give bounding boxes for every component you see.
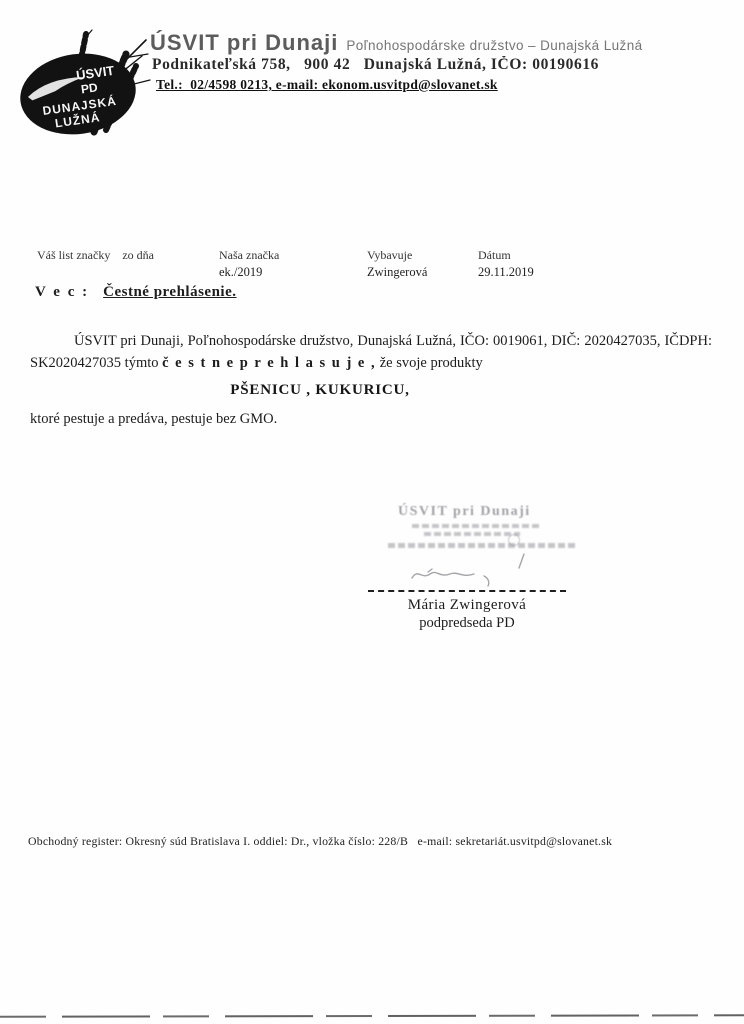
- letterhead: ÚSVIT pri DunajiPoľnohospodárske družstv…: [150, 30, 643, 56]
- ref-date-value: 29.11.2019: [478, 265, 534, 280]
- subject-line: V e c :Čestné prehlásenie.: [35, 284, 237, 301]
- scanned-letter-page: ÚSVIT PD DUNAJSKÁ LUŽNÁ ÚSVIT pri Dunaji…: [0, 0, 744, 1024]
- signature-block: Mária Zwingerová podpredseda PD: [368, 597, 566, 632]
- signatory-role: podpredseda PD: [368, 615, 566, 632]
- closing-line: ktoré pestuje a predáva, pestuje bez GMO…: [30, 411, 277, 428]
- declaration-emphasis: č e s t n e p r e h l a s u j e ,: [162, 355, 376, 371]
- stamp-text: ÚSVIT pri Dunaji: [398, 504, 531, 520]
- subject-title: Čestné prehlásenie.: [103, 284, 236, 300]
- ref-our-mark-value: ek./2019: [219, 265, 279, 280]
- stamp-smudge-line: [412, 524, 540, 528]
- ref-handled-by-label: Vybavuje: [367, 248, 427, 263]
- handwritten-signature: [398, 548, 558, 590]
- org-contact: Tel.: 02/4598 0213, e-mail: ekonom.usvit…: [156, 77, 498, 93]
- org-type: Poľnohospodárske družstvo – Dunajská Luž…: [346, 38, 642, 53]
- declaration-paragraph: ÚSVIT pri Dunaji, Poľnohospodárske družs…: [30, 330, 712, 375]
- scan-artifact-line: [0, 1014, 744, 1018]
- products-line: PŠENICU , KUKURICU,: [30, 382, 610, 399]
- logo-line-2: PD: [80, 80, 99, 96]
- signatory-name: Mária Zwingerová: [368, 597, 566, 614]
- ref-handled-by-value: Zwingerová: [367, 265, 427, 280]
- subject-label: V e c :: [35, 284, 89, 300]
- ref-handled-by: Vybavuje Zwingerová: [367, 248, 427, 280]
- signature-rule: [368, 590, 566, 592]
- ref-our-mark: Naša značka ek./2019: [219, 248, 279, 280]
- ref-date-label: Dátum: [478, 248, 534, 263]
- stamp-ring-mark: [508, 534, 520, 546]
- ref-your-letter-label: Váš list značky zo dňa: [37, 248, 154, 263]
- org-name: ÚSVIT pri Dunaji: [150, 30, 338, 55]
- org-address: Podnikateľská 758, 900 42 Dunajská Lužná…: [152, 56, 599, 74]
- company-logo: ÚSVIT PD DUNAJSKÁ LUŽNÁ: [16, 28, 156, 146]
- declaration-text-2: že svoje produkty: [380, 355, 483, 371]
- ref-our-mark-label: Naša značka: [219, 248, 279, 263]
- ref-date: Dátum 29.11.2019: [478, 248, 534, 280]
- footer-register-line: Obchodný register: Okresný súd Bratislav…: [28, 834, 612, 849]
- ref-your-letter: Váš list značky zo dňa: [37, 248, 154, 263]
- stamp-smudge-line: [424, 532, 520, 536]
